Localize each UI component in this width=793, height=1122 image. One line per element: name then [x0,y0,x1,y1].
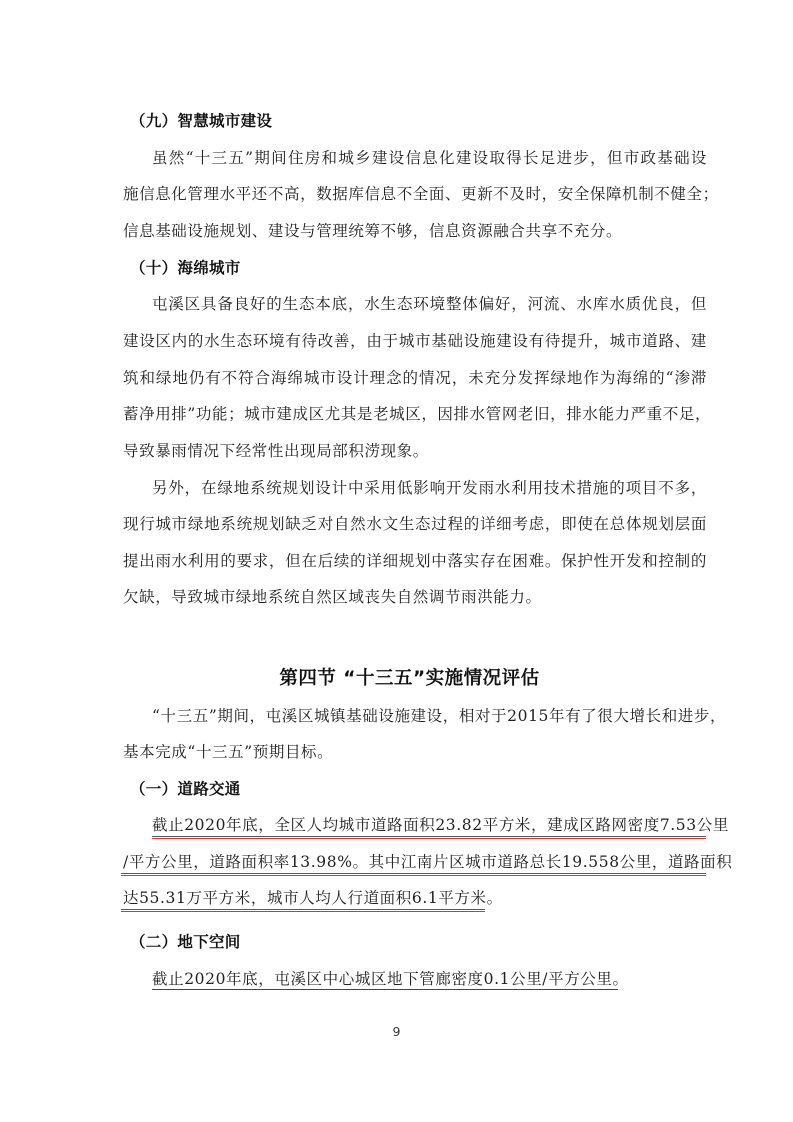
section-title: 第四节 “十三五”实施情况评估 [0,667,793,691]
underlined-line: 截止2020年底，屯溪区中心城区地下管廊密度0.1公里/平方公里。 [152,969,707,989]
red-underline [121,909,485,910]
paragraph-line: 提出雨水利用的要求，但在后续的详细规划中落实存在困难。保护性开发和控制的 [123,551,707,571]
page-number: 9 [0,1024,793,1039]
highlighted-line: 截止2020年底，全区人均城市道路面积23.82平方米，建成区路网密度7.53公… [152,815,707,835]
paragraph-line: 现行城市绿地系统规划缺乏对自然水文生态过程的详细考虑，即使在总体规划层面 [123,514,707,534]
subheading-road-traffic: （一）道路交通 [130,779,241,799]
paragraph-line: 施信息化管理水平还不高，数据库信息不全面、更新不及时，安全保障机制不健全； [123,184,707,204]
paragraph-line: 欠缺，导致城市绿地系统自然区域丧失自然调节雨洪能力。 [123,587,707,607]
gray-underline [152,989,618,990]
document-page: （九）智慧城市建设 虽然“十三五”期间住房和城乡建设信息化建设取得长足进步，但市… [0,0,793,1122]
paragraph-line: 建设区内的水生态环境有待改善，由于城市基础设施建设有待提升，城市道路、建 [123,331,707,351]
subheading-underground-space: （二）地下空间 [130,932,241,952]
paragraph-line: 另外，在绿地系统规划设计中采用低影响开发雨水利用技术措施的项目不多， [152,478,707,498]
paragraph-line: 蓄净用排”功能；城市建成区尤其是老城区，因排水管网老旧，排水能力严重不足， [123,404,707,424]
subheading-smart-city: （九）智慧城市建设 [130,111,272,131]
paragraph-line: 信息基础设施规划、建设与管理统筹不够，信息资源融合共享不充分。 [123,221,707,241]
paragraph-line: 屯溪区具备良好的生态本底，水生态环境整体偏好，河流、水库水质优良，但 [152,294,707,314]
highlighted-line: 达55.31万平方米，城市人均人行道面积6.1平方米。 [123,888,707,908]
paragraph-line: “十三五”期间，屯溪区城镇基础设施建设，相对于2015年有了很大增长和进步， [152,706,707,726]
subheading-sponge-city: （十）海绵城市 [130,258,241,278]
paragraph-line: 虽然“十三五”期间住房和城乡建设信息化建设取得长足进步，但市政基础设 [152,148,707,168]
red-underline [121,873,706,874]
paragraph-line: 筑和绿地仍有不符合海绵城市设计理念的情况，未充分发挥绿地作为海绵的“渗滞 [123,368,707,388]
paragraph-line: 导致暴雨情况下经常性出现局部积涝现象。 [123,441,707,461]
red-underline [152,836,706,837]
highlighted-line: /平方公里，道路面积率13.98%。其中江南片区城市道路总长19.558公里，道… [123,852,707,872]
paragraph-line: 基本完成“十三五”预期目标。 [123,742,707,762]
